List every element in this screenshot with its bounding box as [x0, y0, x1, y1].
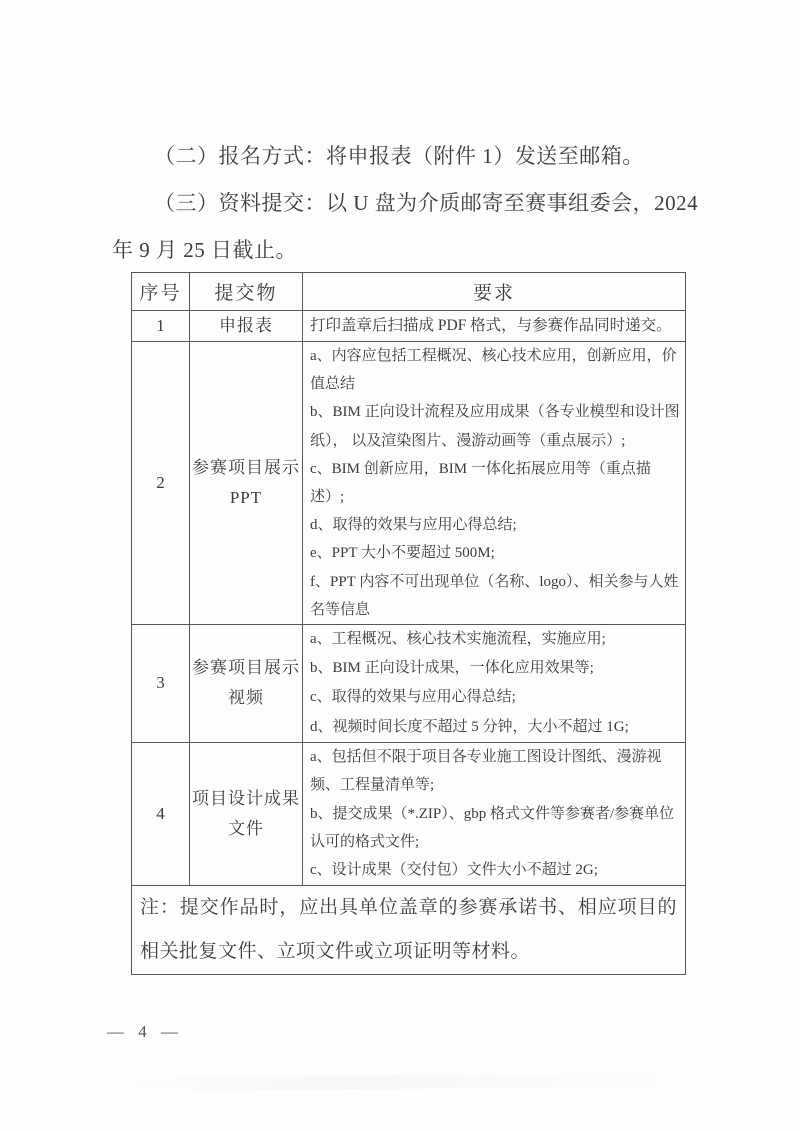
row4-requirements: a、包括但不限于项目各专业施工图设计图纸、漫游视频、工程量清单等; b、提交成果… [303, 742, 686, 885]
row1-item: 申报表 [190, 311, 303, 342]
row3-requirements: a、工程概况、核心技术实施流程，实施应用; b、BIM 正向设计成果，一体化应用… [303, 625, 686, 743]
scan-artifact [120, 1073, 680, 1091]
body-text: （二）报名方式：将申报表（附件 1）发送至邮箱。 （三）资料提交：以 U 盘为介… [112, 133, 706, 274]
row3-item: 参赛项目展示 视频 [190, 625, 303, 743]
row1-number: 1 [132, 311, 190, 342]
header-提交物: 提交物 [190, 273, 303, 311]
scanned-document-page: （二）报名方式：将申报表（附件 1）发送至邮箱。 （三）资料提交：以 U 盘为介… [0, 0, 800, 1131]
table-header-row: 序号 提交物 要求 [132, 273, 686, 311]
page-number: — 4 — [107, 1022, 183, 1042]
row1-requirements: 打印盖章后扫描成 PDF 格式，与参赛作品同时递交。 [303, 311, 686, 342]
paragraph-registration-method: （二）报名方式：将申报表（附件 1）发送至邮箱。 [112, 133, 706, 180]
row3-number: 3 [132, 625, 190, 743]
row4-item: 项目设计成果 文件 [190, 742, 303, 885]
row2-requirements: a、内容应包括工程概况、核心技术应用，创新应用，价值总结 b、BIM 正向设计流… [303, 342, 686, 625]
paragraph-material-submission-line1: （三）资料提交：以 U 盘为介质邮寄至赛事组委会，2024 [112, 180, 706, 227]
paragraph-material-submission-line2: 年 9 月 25 日截止。 [112, 227, 706, 274]
table-row: 3 参赛项目展示 视频 a、工程概况、核心技术实施流程，实施应用; b、BIM … [132, 625, 686, 743]
table-row: 4 项目设计成果 文件 a、包括但不限于项目各专业施工图设计图纸、漫游视频、工程… [132, 742, 686, 885]
header-序号: 序号 [132, 273, 190, 311]
submission-requirements-table: 序号 提交物 要求 1 申报表 打印盖章后扫描成 PDF 格式，与参赛作品同时递… [131, 272, 686, 975]
header-要求: 要求 [303, 273, 686, 311]
row2-number: 2 [132, 342, 190, 625]
table-note: 注：提交作品时，应出具单位盖章的参赛承诺书、相应项目的相关批复文件、立项文件或立… [132, 885, 686, 974]
table-note-row: 注：提交作品时，应出具单位盖章的参赛承诺书、相应项目的相关批复文件、立项文件或立… [132, 885, 686, 974]
row4-number: 4 [132, 742, 190, 885]
table-row: 1 申报表 打印盖章后扫描成 PDF 格式，与参赛作品同时递交。 [132, 311, 686, 342]
table-row: 2 参赛项目展示 PPT a、内容应包括工程概况、核心技术应用，创新应用，价值总… [132, 342, 686, 625]
row2-item: 参赛项目展示 PPT [190, 342, 303, 625]
